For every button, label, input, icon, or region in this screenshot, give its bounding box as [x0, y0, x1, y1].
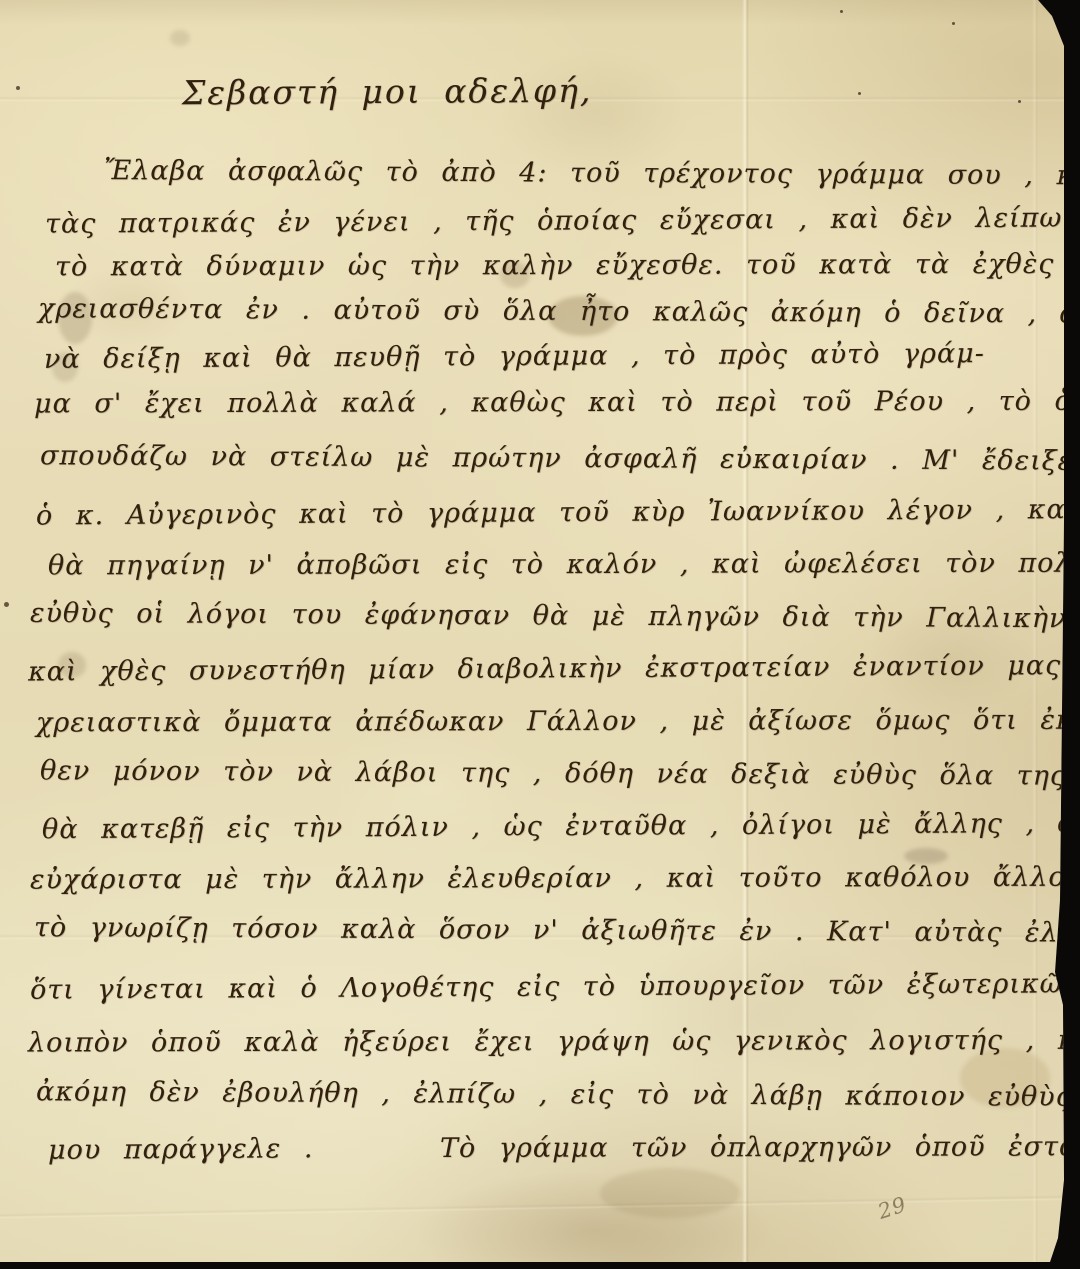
- stain: [170, 30, 190, 46]
- letter-line-13: θεν μόνον τὸν νὰ λάβοι της , δόθη νέα δε…: [40, 755, 1066, 791]
- letter-line-5: νὰ δείξῃ καὶ θὰ πευθῇ τὸ γράμμα , τὸ πρὸ…: [44, 338, 985, 375]
- pencil-page-number: 29: [875, 1192, 910, 1224]
- letter-closing-left: μου παράγγελε .: [48, 1133, 314, 1166]
- paper-sheet: Σεβαστή μοι αδελφή, Ἔλαβα ἀσφαλῶς τὸ ἀπὸ…: [0, 0, 1080, 1269]
- letter-line-12: χρειαστικὰ ὄμματα ἀπέδωκαν Γάλλον , μὲ ἀ…: [36, 705, 1080, 739]
- letter-line-15: εὐχάριστα μὲ τὴν ἄλλην ἐλευθερίαν , καὶ …: [30, 862, 1080, 896]
- ink-speck: [4, 602, 9, 607]
- ink-speck: [858, 92, 861, 95]
- letter-line-18: λοιπὸν ὁποῦ καλὰ ἠξεύρει ἔχει γράψη ὡς γ…: [28, 1024, 1080, 1058]
- letter-salutation: Σεβαστή μοι αδελφή,: [182, 71, 593, 113]
- letter-line-17: ὅτι γίνεται καὶ ὁ Λογοθέτης εἰς τὸ ὑπουρ…: [30, 967, 1080, 1005]
- ink-speck: [840, 10, 843, 13]
- letter-line-10: εὐθὺς οἱ λόγοι του ἐφάνησαν θὰ μὲ πληγῶν…: [30, 598, 1080, 635]
- letter-line-8: ὁ κ. Αὐγερινὸς καὶ τὸ γράμμα τοῦ κὺρ Ἰωα…: [36, 494, 1080, 532]
- letter-line-6: μα σ' ἔχει πολλὰ καλά , καθὼς καὶ τὸ περ…: [34, 386, 1080, 420]
- letter-line-1: Ἔλαβα ἀσφαλῶς τὸ ἀπὸ 4: τοῦ τρέχοντος γρ…: [104, 155, 1080, 192]
- letter-line-16: τὸ γνωρίζῃ τόσον καλὰ ὅσον ν' ἀξιωθῆτε ἐ…: [34, 912, 1080, 949]
- letter-closing-right: Τὸ γράμμα τῶν ὁπλαρχηγῶν ὁποῦ ἐστάλη ὡς: [440, 1131, 1080, 1164]
- ink-speck: [952, 22, 955, 25]
- letter-line-14: θὰ κατεβῇ εἰς τὴν πόλιν , ὡς ἐνταῦθα , ὀ…: [42, 808, 1080, 845]
- ink-speck: [16, 86, 20, 90]
- letter-line-4: χρειασθέντα ἐν . αὐτοῦ σὺ ὅλα ἦτο καλῶς …: [38, 293, 1080, 330]
- scanned-letter-page: Σεβαστή μοι αδελφή, Ἔλαβα ἀσφαλῶς τὸ ἀπὸ…: [0, 0, 1080, 1269]
- letter-line-3: τὸ κατὰ δύναμιν ὡς τὴν καλὴν εὔχεσθε. το…: [55, 249, 1080, 283]
- ink-speck: [1018, 100, 1021, 103]
- letter-line-9: θὰ πηγαίνῃ ν' ἀποβῶσι εἰς τὸ καλόν , καὶ…: [48, 548, 1080, 582]
- stain: [600, 1168, 740, 1218]
- letter-line-2: τὰς πατρικάς ἐν γένει , τῆς ὁποίας εὔχεσ…: [45, 201, 1080, 239]
- letter-line-11: καὶ χθὲς συνεστήθη μίαν διαβολικὴν ἐκστρ…: [28, 649, 1080, 687]
- letter-line-19: ἀκόμη δὲν ἐβουλήθη , ἐλπίζω , εἰς τὸ νὰ …: [36, 1076, 1072, 1112]
- letter-line-7: σπουδάζω νὰ στείλω μὲ πρώτην ἀσφαλῆ εὐκα…: [40, 440, 1080, 477]
